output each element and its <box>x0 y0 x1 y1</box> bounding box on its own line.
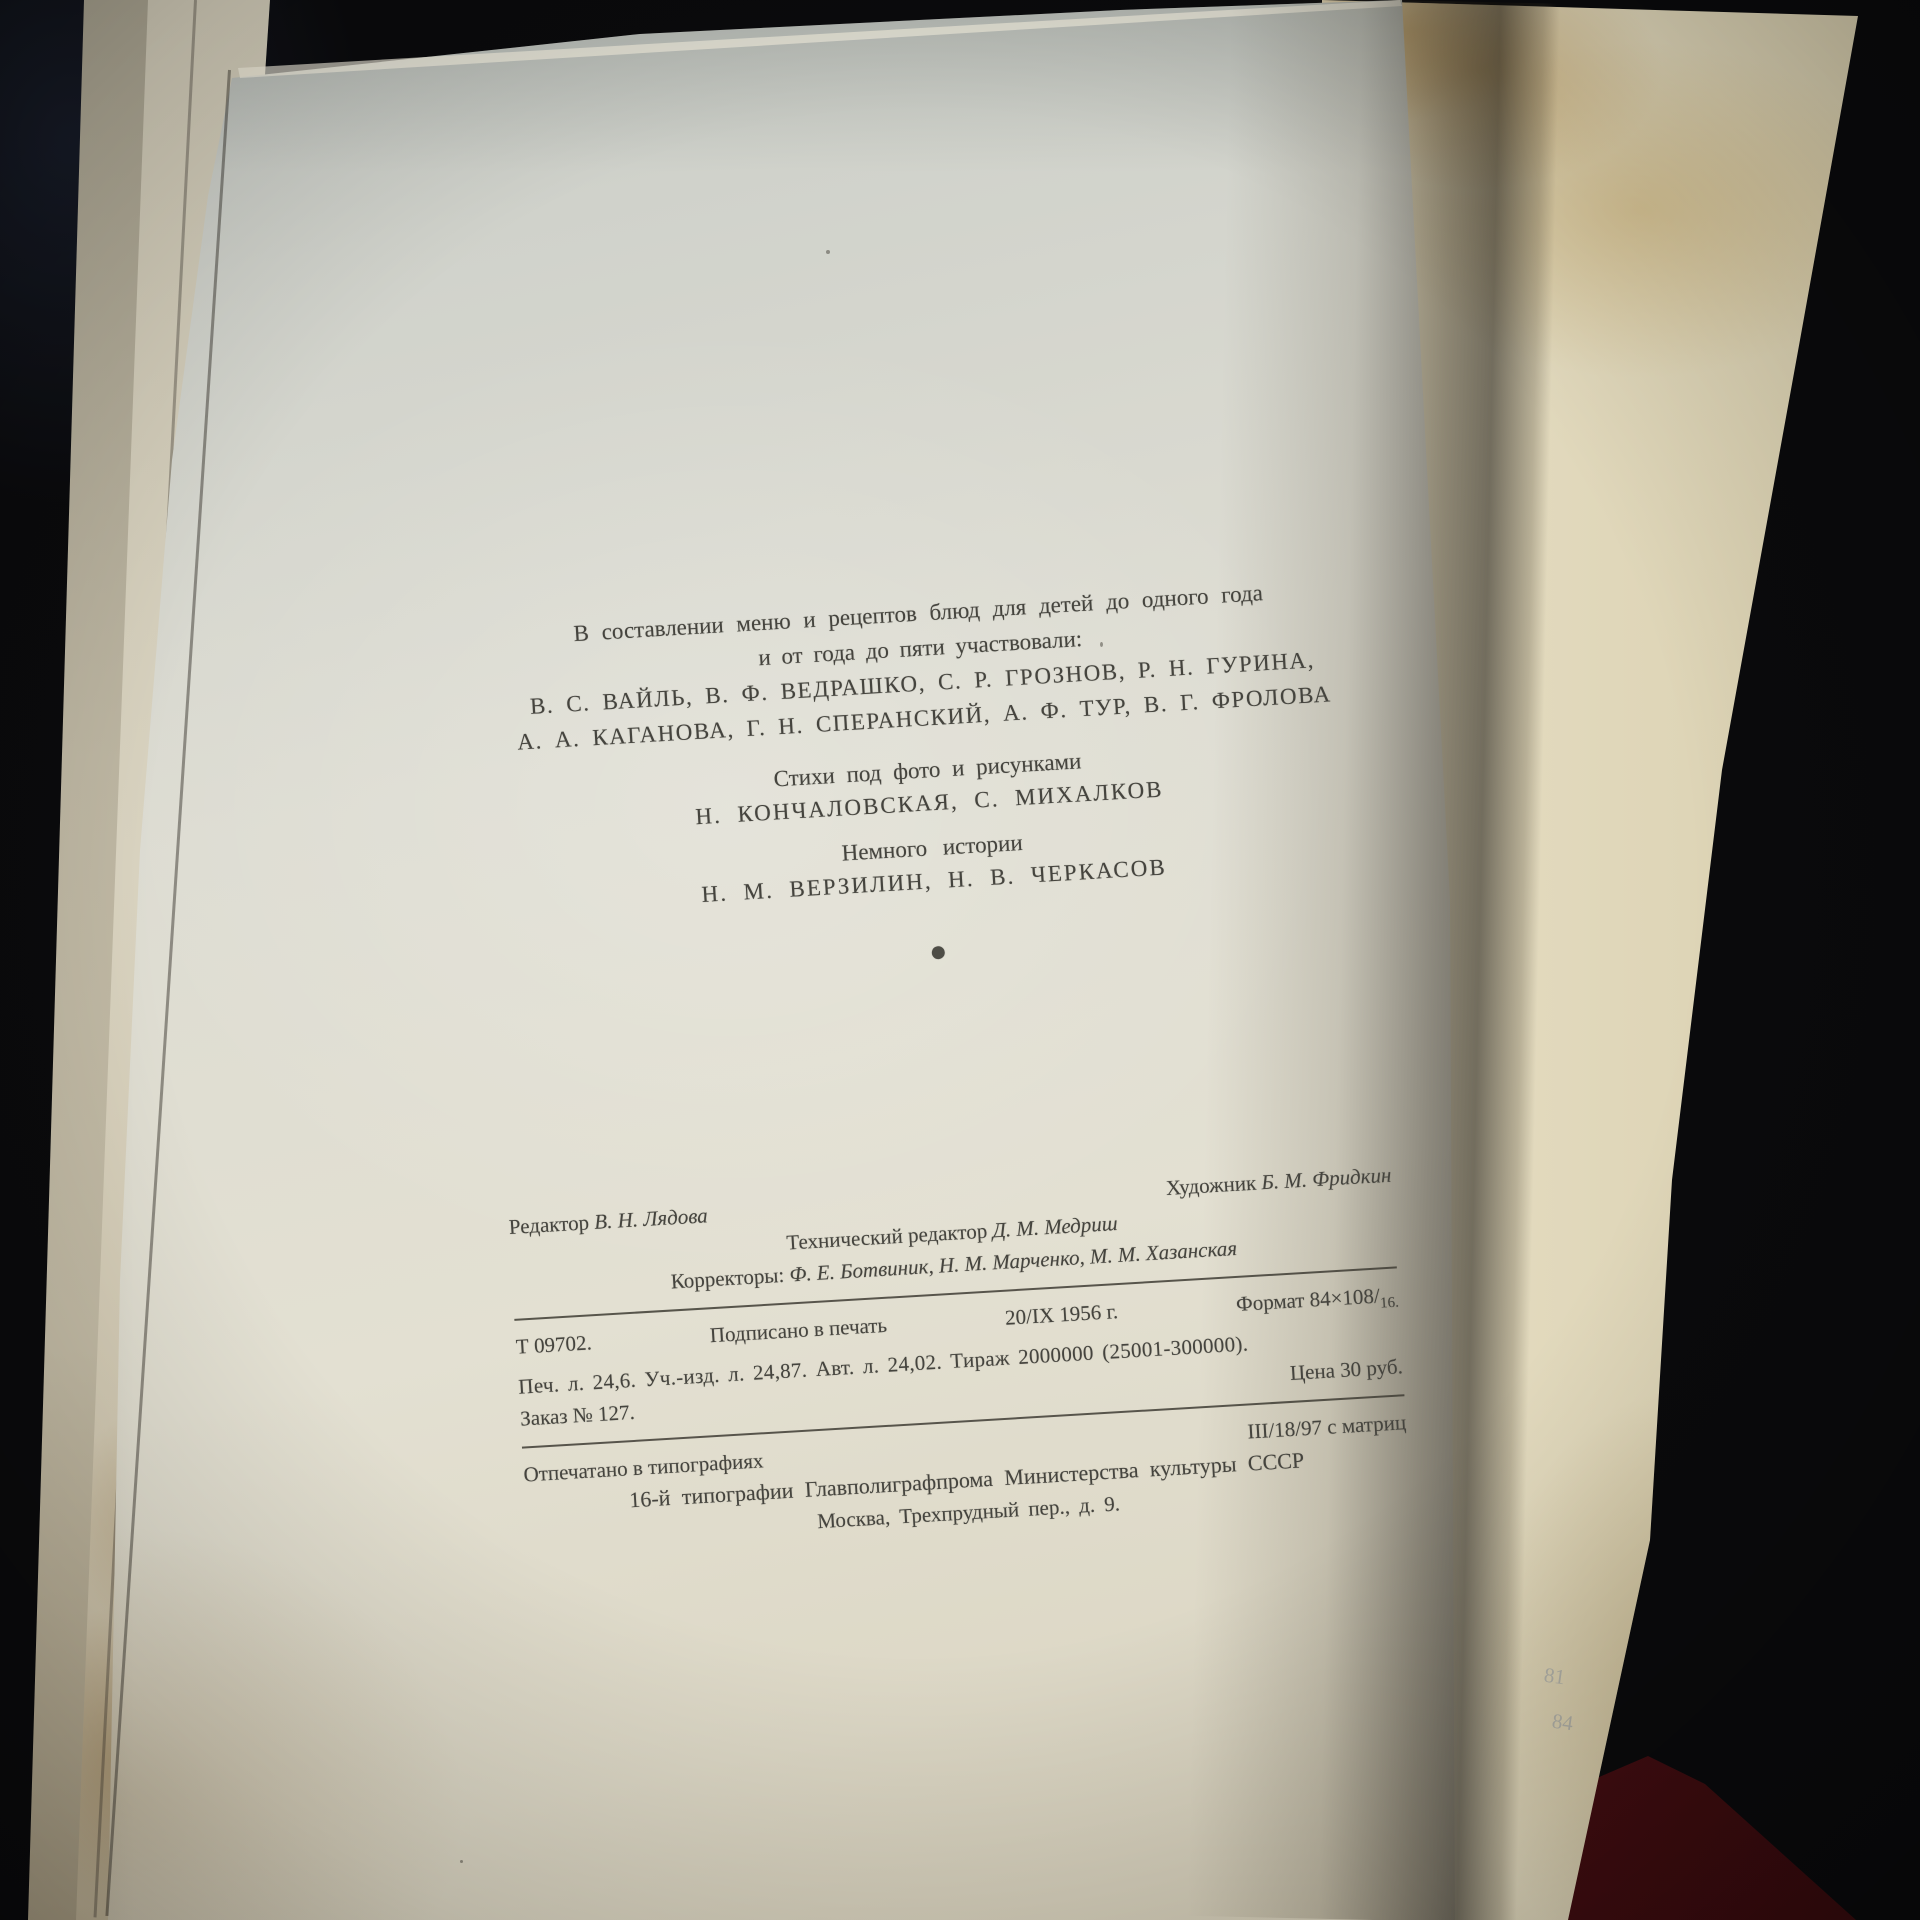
proofreaders-label: Корректоры: <box>670 1263 785 1294</box>
imprint-format-denominator: 16. <box>1380 1295 1400 1312</box>
imprint-order: Заказ № 127. <box>519 1396 635 1435</box>
contributors-block: В составлении меню и рецептов блюд для д… <box>475 569 1368 761</box>
paper-speck <box>1100 642 1103 647</box>
pencil-mark: 84 <box>1550 1709 1574 1737</box>
artist-name: Б. М. Фридкин <box>1261 1163 1392 1195</box>
pencil-mark: 81 <box>1542 1663 1566 1691</box>
editor-name: В. Н. Лядова <box>594 1203 709 1234</box>
paper-speck <box>460 1860 463 1863</box>
editor-label: Редактор <box>508 1210 590 1239</box>
imprint-section: Редактор В. Н. Лядова Художник Б. М. Фри… <box>508 1159 1411 1555</box>
imprint-code: Т 09702. <box>515 1326 593 1371</box>
paper-speck <box>826 250 830 254</box>
tech-editor-name: Д. М. Медриш <box>992 1211 1119 1242</box>
imprint-format-label: Формат 84×108/ <box>1235 1284 1380 1316</box>
book-photo-scene: В составлении меню и рецептов блюд для д… <box>0 0 1920 1920</box>
section-divider: ● <box>495 911 1381 993</box>
artist-label: Художник <box>1165 1171 1257 1200</box>
colophon-text-block: В составлении меню и рецептов блюд для д… <box>405 502 1415 1559</box>
imprint-signed-date: 20/IX 1956 г. <box>1004 1295 1119 1342</box>
divider-dot-icon: ● <box>928 935 948 969</box>
imprint-price: Цена 30 руб. <box>1289 1350 1404 1389</box>
